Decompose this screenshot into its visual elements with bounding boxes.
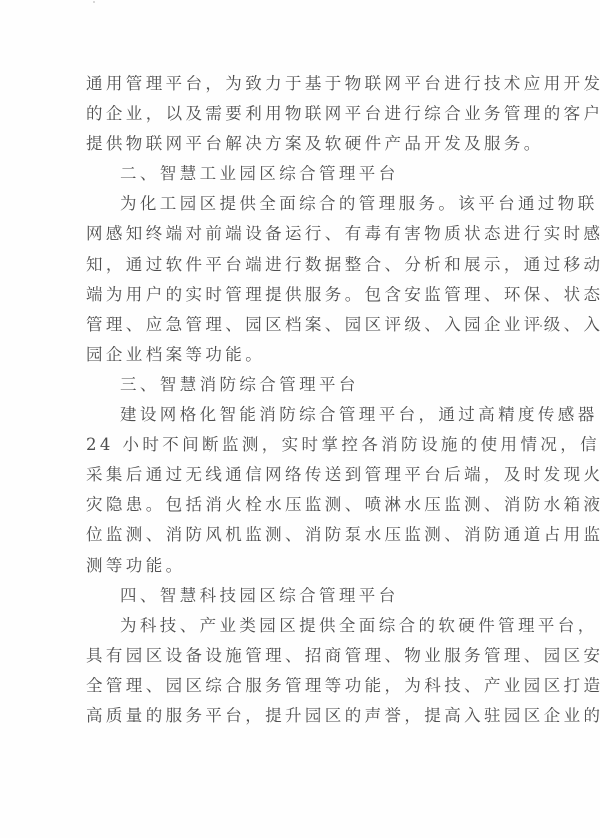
body-text-line: 管理、应急管理、园区档案、园区评级、入园企业评级、入: [86, 310, 510, 340]
body-text-line: 端为用户的实时管理提供服务。包含安监管理、环保、状态: [86, 280, 510, 310]
body-text-line: 24 小时不间断监测，实时掌控各消防设施的使用情况，信息: [86, 430, 510, 460]
document-body: 通用管理平台，为致力于基于物联网平台进行技术应用开发 的企业，以及需要利用物联网…: [86, 69, 510, 731]
body-text-line: 具有园区设备设施管理、招商管理、物业服务管理、园区安: [86, 641, 510, 671]
body-text-line: 的企业，以及需要利用物联网平台进行综合业务管理的客户: [86, 99, 510, 129]
body-text-line: 园企业档案等功能。: [86, 340, 510, 370]
body-text-line: 网感知终端对前端设备运行、有毒有害物质状态进行实时感: [86, 219, 510, 249]
section-heading-fire-protection: 三、智慧消防综合管理平台: [86, 370, 510, 400]
body-text-line: 高质量的服务平台，提升园区的声誉，提高入驻园区企业的: [86, 701, 510, 731]
section-heading-industrial-park: 二、智慧工业园区综合管理平台: [86, 159, 510, 189]
body-text-line: 知，通过软件平台端进行数据整合、分析和展示，通过移动: [86, 250, 510, 280]
body-text-line: 提供物联网平台解决方案及软硬件产品开发及服务。: [86, 129, 510, 159]
body-text-line: 灾隐患。包括消火栓水压监测、喷淋水压监测、消防水箱液: [86, 490, 510, 520]
scan-speck: [93, 1, 95, 3]
section-heading-tech-park: 四、智慧科技园区综合管理平台: [86, 581, 510, 611]
body-text-line: 采集后通过无线通信网络传送到管理平台后端，及时发现火: [86, 460, 510, 490]
body-text-line: 全管理、园区综合服务管理等功能，为科技、产业园区打造: [86, 671, 510, 701]
body-text-line: 测等功能。: [86, 551, 510, 581]
body-text-line: 位监测、消防风机监测、消防泵水压监测、消防通道占用监: [86, 520, 510, 550]
scan-speck: [540, 325, 542, 327]
body-text-line: 建设网格化智能消防综合管理平台，通过高精度传感器: [86, 400, 510, 430]
body-text-line: 通用管理平台，为致力于基于物联网平台进行技术应用开发: [86, 69, 510, 99]
body-text-line: 为化工园区提供全面综合的管理服务。该平台通过物联: [86, 189, 510, 219]
document-page: 通用管理平台，为致力于基于物联网平台进行技术应用开发 的企业，以及需要利用物联网…: [0, 0, 600, 838]
body-text-line: 为科技、产业类园区提供全面综合的软硬件管理平台，: [86, 611, 510, 641]
